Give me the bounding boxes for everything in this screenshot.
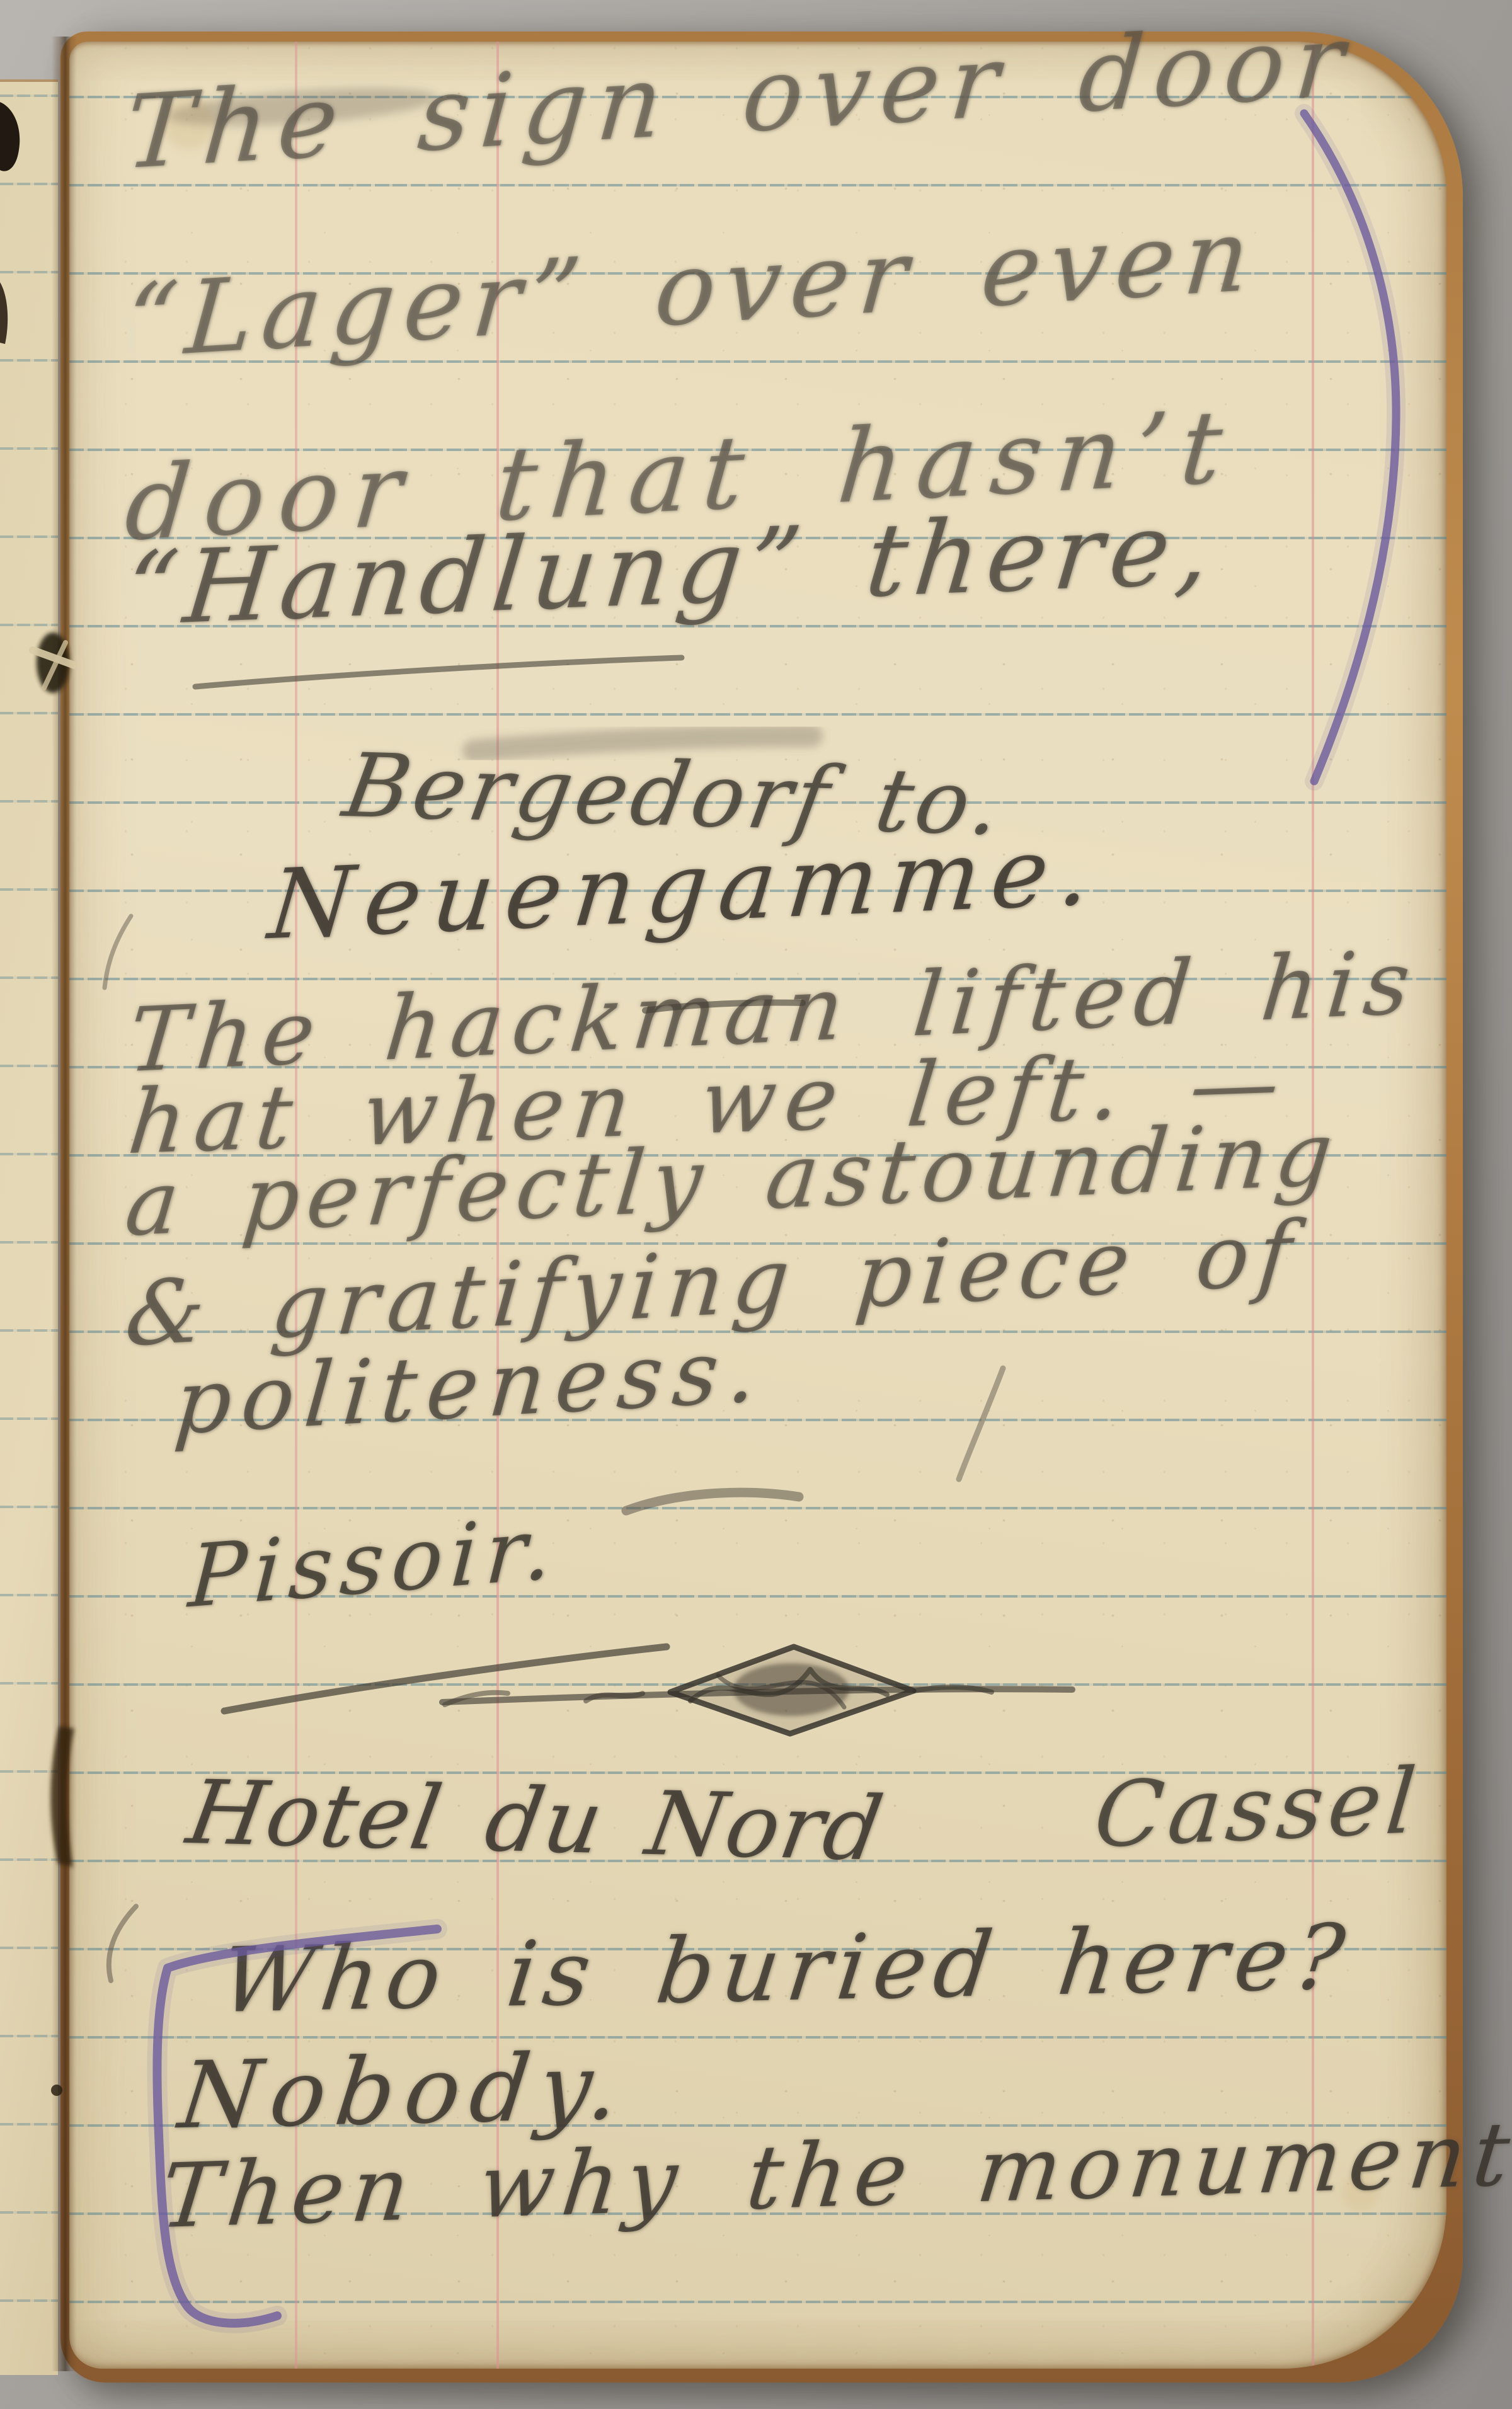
- handwritten-line-14: Cassel: [1091, 1756, 1424, 1861]
- handwritten-line-2: “Lager” over even: [122, 204, 1262, 373]
- handwritten-line-16: Nobody.: [175, 2040, 634, 2142]
- handwritten-line-12: Pissoir.: [186, 1505, 562, 1620]
- handwritten-line-6: Neuengamme.: [265, 822, 1106, 953]
- handwritten-line-1: The sign over door: [122, 9, 1358, 184]
- scanned-notebook-page: The sign over door “Lager” over even doo…: [0, 0, 1512, 2409]
- handwritten-line-13: Hotel du Nord: [181, 1769, 889, 1874]
- handwriting-layer: The sign over door “Lager” over even doo…: [0, 0, 1512, 2409]
- handwritten-line-15: Who is buried here?: [217, 1913, 1356, 2026]
